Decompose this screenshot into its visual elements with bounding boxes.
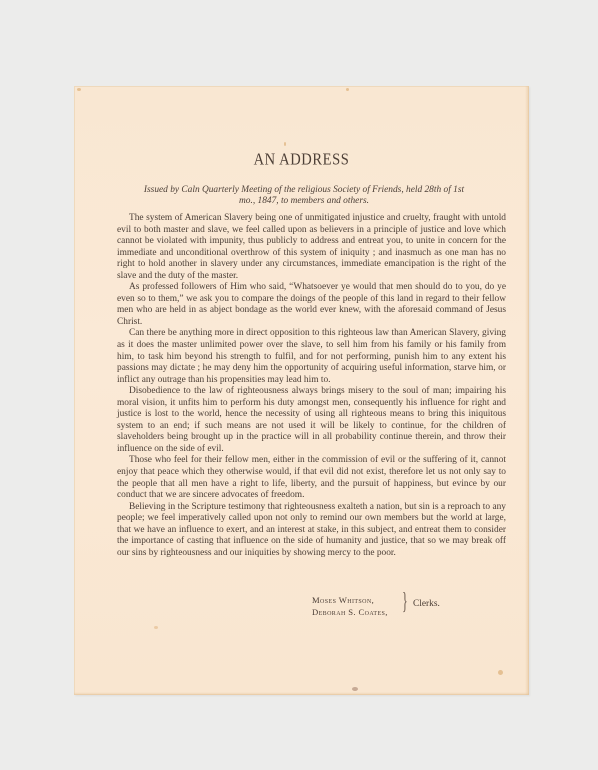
document-page: AN ADDRESS Issued by Caln Quarterly Meet… bbox=[74, 86, 529, 695]
paragraph: The system of American Slavery being one… bbox=[117, 213, 506, 282]
foxing-spot bbox=[346, 88, 349, 91]
signatory-role: Clerks. bbox=[413, 599, 440, 609]
signature-block: Moses Whitson, Deborah S. Coates, bbox=[312, 594, 388, 618]
foxing-spot bbox=[284, 142, 286, 146]
foxing-spot bbox=[154, 626, 158, 629]
brace-glyph: } bbox=[402, 590, 408, 614]
paragraph: As professed followers of Him who said, … bbox=[117, 282, 506, 328]
signatory-name: Deborah S. Coates, bbox=[312, 606, 388, 618]
signatory-name: Moses Whitson, bbox=[312, 594, 388, 606]
document-subtitle: Issued by Caln Quarterly Meeting of the … bbox=[136, 185, 472, 207]
foxing-spot bbox=[352, 687, 358, 691]
foxing-spot bbox=[498, 670, 503, 675]
page-title: AN ADDRESS bbox=[74, 151, 529, 171]
paragraph: Can there be anything more in direct opp… bbox=[117, 328, 506, 386]
paragraph: Those who feel for their fellow men, eit… bbox=[117, 455, 506, 501]
paragraph: Disobedience to the law of righteousness… bbox=[117, 386, 506, 455]
document-body: The system of American Slavery being one… bbox=[117, 213, 506, 559]
paragraph: Believing in the Scripture testimony tha… bbox=[117, 502, 506, 560]
foxing-spot bbox=[77, 88, 81, 91]
